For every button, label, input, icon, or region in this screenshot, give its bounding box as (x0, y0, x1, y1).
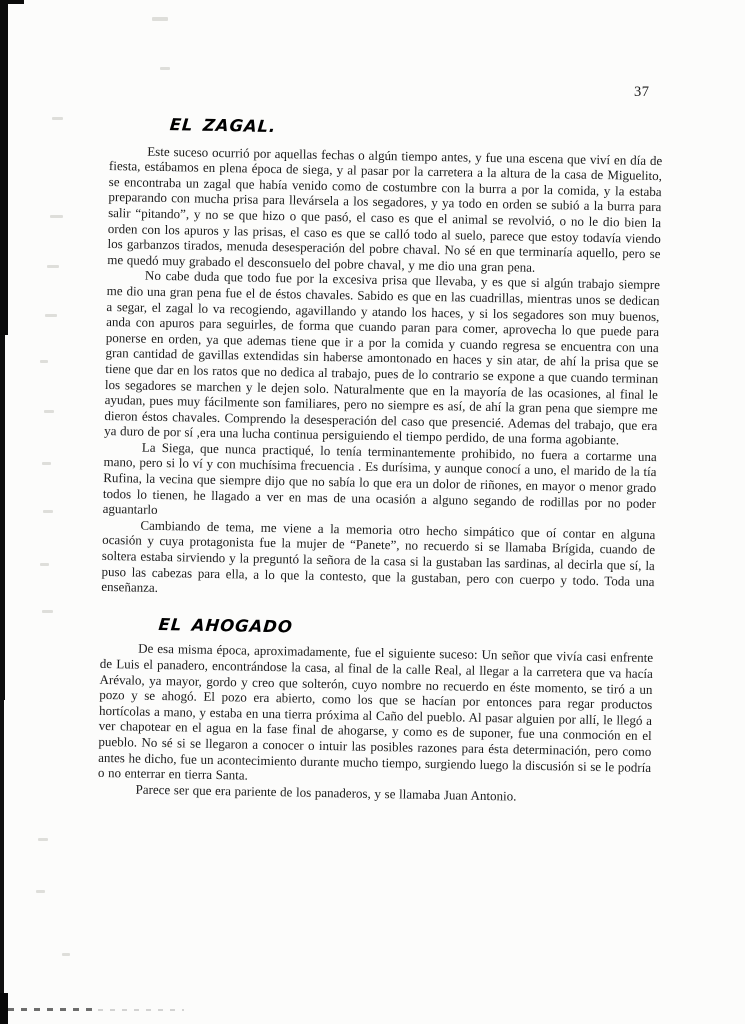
scan-artifact-left-bar (0, 0, 8, 335)
scan-smudge (50, 215, 63, 218)
scan-smudge (52, 117, 63, 120)
scan-smudge (42, 610, 53, 613)
scan-smudge (36, 890, 45, 893)
scan-artifact-left-bar (0, 335, 5, 700)
scan-artifact-bottom-dashes (8, 1008, 96, 1011)
scan-smudge (38, 838, 48, 841)
scan-smudge (40, 360, 48, 363)
scan-artifact-left-bar (0, 700, 4, 995)
paragraph: Cambiando de tema, me viene a la memoria… (101, 517, 655, 605)
scan-smudge (47, 265, 59, 268)
paragraph: De esa misma época, aproximadamente, fue… (98, 640, 653, 790)
scan-smudge (44, 410, 54, 413)
paragraph: No cabe duda que todo fue por la excesiv… (104, 267, 660, 449)
section-heading-el-ahogado: EL AHOGADO (158, 617, 654, 642)
scan-smudge (42, 462, 51, 465)
scan-smudge (62, 953, 70, 956)
scanned-document-page: 37 EL ZAGAL. Este suceso ocurrió por aqu… (0, 0, 745, 1024)
scan-artifact-bottom-left-block (0, 993, 8, 1024)
scan-smudge (40, 563, 49, 566)
page-number: 37 (634, 84, 650, 101)
page-content: EL ZAGAL. Este suceso ocurrió por aquell… (97, 112, 662, 806)
scan-smudge (152, 17, 168, 21)
scan-smudge (43, 510, 53, 513)
scan-artifact-bottom-dashes-faint (98, 1009, 184, 1011)
section-heading-el-zagal: EL ZAGAL. (169, 117, 663, 142)
paragraph: Este suceso ocurrió por aquellas fechas … (107, 143, 662, 278)
scan-smudge (160, 67, 170, 70)
scan-artifact-top-edge (0, 0, 24, 4)
paragraph: La Siega, que nunca practiqué, lo tenía … (103, 439, 657, 527)
scan-smudge (45, 314, 57, 317)
